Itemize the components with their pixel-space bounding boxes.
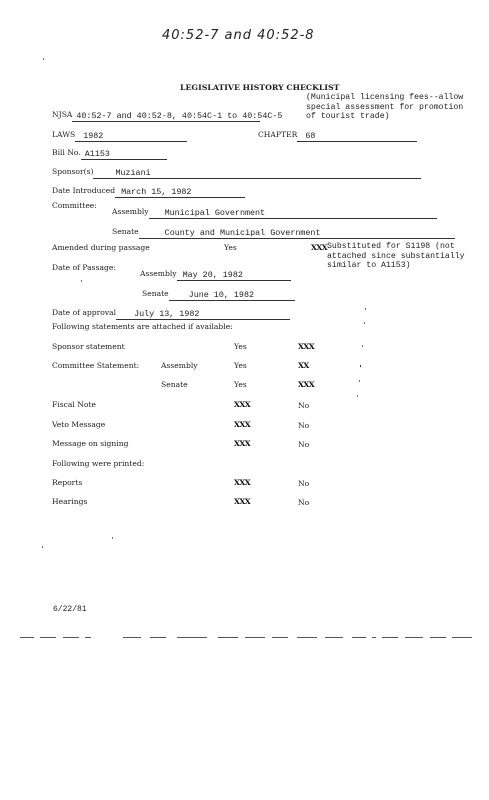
bill-number-value: A1153 <box>81 149 167 160</box>
scan-speck <box>364 322 365 324</box>
date-introduced-field: Date IntroducedMarch 15, 1982 <box>52 180 245 198</box>
statement-yes: Yes <box>234 361 247 370</box>
njsa-value: 40:52-7 and 40:52-8, 40:54C-1 to 40:54C-… <box>72 111 260 122</box>
scan-speck <box>43 58 44 60</box>
date-introduced-label: Date Introduced <box>52 186 115 195</box>
committee-label: Committee: <box>52 201 97 210</box>
statement-sub-label: Assembly <box>161 361 198 370</box>
njsa-field: NJSA40:52-7 and 40:52-8, 40:54C-1 to 40:… <box>52 104 260 122</box>
passage-senate-value: June 10, 1982 <box>169 290 295 301</box>
chapter-field: CHAPTER68 <box>258 124 417 142</box>
printed-no: No <box>298 498 309 507</box>
passage-senate-label: Senate <box>142 289 169 298</box>
scan-speck <box>112 537 113 539</box>
chapter-label: CHAPTER <box>258 130 297 139</box>
statement-yes: XXX <box>234 439 250 448</box>
dashed-rule-segment <box>40 637 56 638</box>
statement-no: XX <box>298 361 309 370</box>
committee-assembly-label: Assembly <box>112 207 149 216</box>
statement-label: Veto Message <box>52 420 105 429</box>
sponsor-value: Muziani <box>93 168 421 179</box>
dashed-rule-segment <box>405 637 423 638</box>
committee-assembly-value: Municipal Government <box>149 208 437 219</box>
handwritten-note: 40:52-7 and 40:52-8 <box>162 28 315 43</box>
dashed-rule-segment <box>177 637 207 638</box>
statement-yes: Yes <box>234 380 247 389</box>
scan-speck <box>365 308 366 310</box>
printed-yes: XXX <box>234 497 250 506</box>
dashed-rule-segment <box>272 637 288 638</box>
dashed-rule-segment <box>123 637 141 638</box>
description-line: of tourist trade) <box>306 112 463 122</box>
printed-label: Reports <box>52 478 82 487</box>
statement-no: No <box>298 421 309 430</box>
njsa-label: NJSA <box>52 110 72 119</box>
statement-yes: XXX <box>234 420 250 429</box>
dashed-rule-segment <box>245 637 265 638</box>
passage-assembly-value: May 20, 1982 <box>177 270 291 281</box>
amended-note-line: similar to A1153) <box>327 261 465 271</box>
statement-label: Sponsor statement <box>52 342 125 351</box>
printed-header: Following were printed: <box>52 459 144 468</box>
printed-yes: XXX <box>234 478 250 487</box>
scan-speck <box>357 395 358 397</box>
dashed-rule-segment <box>452 637 472 638</box>
document-title: LEGISLATIVE HISTORY CHECKLIST <box>180 83 339 92</box>
scan-speck <box>359 380 360 382</box>
scan-speck <box>81 280 82 282</box>
dashed-rule-segment <box>297 637 317 638</box>
description-line: (Municipal licensing fees--allow <box>306 93 463 103</box>
statement-label: Message on signing <box>52 439 129 448</box>
statement-no: XXX <box>298 380 314 389</box>
printed-label: Hearings <box>52 497 87 506</box>
amended-note-line: Substituted for S1198 (not <box>327 242 465 252</box>
laws-field: LAWS1982 <box>52 124 187 142</box>
statement-yes: XXX <box>234 400 250 409</box>
date-of-approval-field: Date of approvalJuly 13, 1982 <box>52 302 290 320</box>
statement-yes: Yes <box>234 342 247 351</box>
committee-senate-field: SenateCounty and Municipal Government <box>112 221 455 239</box>
statements-header: Following statements are attached if ava… <box>52 322 233 331</box>
amended-no-struck: XXX <box>311 243 327 252</box>
printed-no: No <box>298 479 309 488</box>
bill-number-label: Bill No. <box>52 148 81 157</box>
passage-assembly-label: Assembly <box>140 269 177 278</box>
date-of-approval-value: July 13, 1982 <box>116 309 290 320</box>
amended-label: Amended during passage <box>52 243 150 252</box>
dashed-rule-segment <box>382 637 398 638</box>
passage-assembly-field: AssemblyMay 20, 1982 <box>140 263 291 281</box>
statement-no: No <box>298 401 309 410</box>
laws-value: 1982 <box>75 131 187 142</box>
amended-note: Substituted for S1198 (not attached sinc… <box>327 242 465 271</box>
committee-senate-value: County and Municipal Government <box>139 228 455 239</box>
dashed-rule-segment <box>63 637 79 638</box>
dashed-rule-segment <box>218 637 238 638</box>
statement-label: Committee Statement: <box>52 361 139 370</box>
statement-no: No <box>298 440 309 449</box>
chapter-value: 68 <box>297 131 417 142</box>
passage-senate-field: SenateJune 10, 1982 <box>142 283 295 301</box>
date-introduced-value: March 15, 1982 <box>115 187 245 198</box>
form-date: 6/22/81 <box>53 605 87 614</box>
description-line: special assessment for promotion <box>306 103 463 113</box>
amended-note-line: attached since substantially <box>327 252 465 262</box>
dashed-rule-segment <box>372 637 376 638</box>
date-of-approval-label: Date of approval <box>52 308 116 317</box>
statement-label: Fiscal Note <box>52 400 96 409</box>
scan-speck <box>360 365 361 367</box>
bill-number-field: Bill No.A1153 <box>52 142 167 160</box>
bill-description: (Municipal licensing fees--allow special… <box>306 93 463 122</box>
dashed-rule-segment <box>85 637 91 638</box>
scan-speck <box>362 345 363 347</box>
dashed-rule-segment <box>325 637 343 638</box>
committee-senate-label: Senate <box>112 227 139 236</box>
statement-no: XXX <box>298 342 314 351</box>
dashed-rule-segment <box>150 637 166 638</box>
dashed-rule-segment <box>20 637 34 638</box>
committee-assembly-field: AssemblyMunicipal Government <box>112 201 437 219</box>
statement-sub-label: Senate <box>161 380 188 389</box>
date-of-passage-label: Date of Passage: <box>52 263 116 272</box>
amended-yes: Yes <box>224 243 237 252</box>
laws-label: LAWS <box>52 130 75 139</box>
dashed-rule-segment <box>430 637 446 638</box>
scan-speck <box>42 546 43 548</box>
dashed-rule-segment <box>352 637 366 638</box>
sponsor-label: Sponsor(s) <box>52 167 93 176</box>
sponsor-field: Sponsor(s)Muziani <box>52 161 421 179</box>
